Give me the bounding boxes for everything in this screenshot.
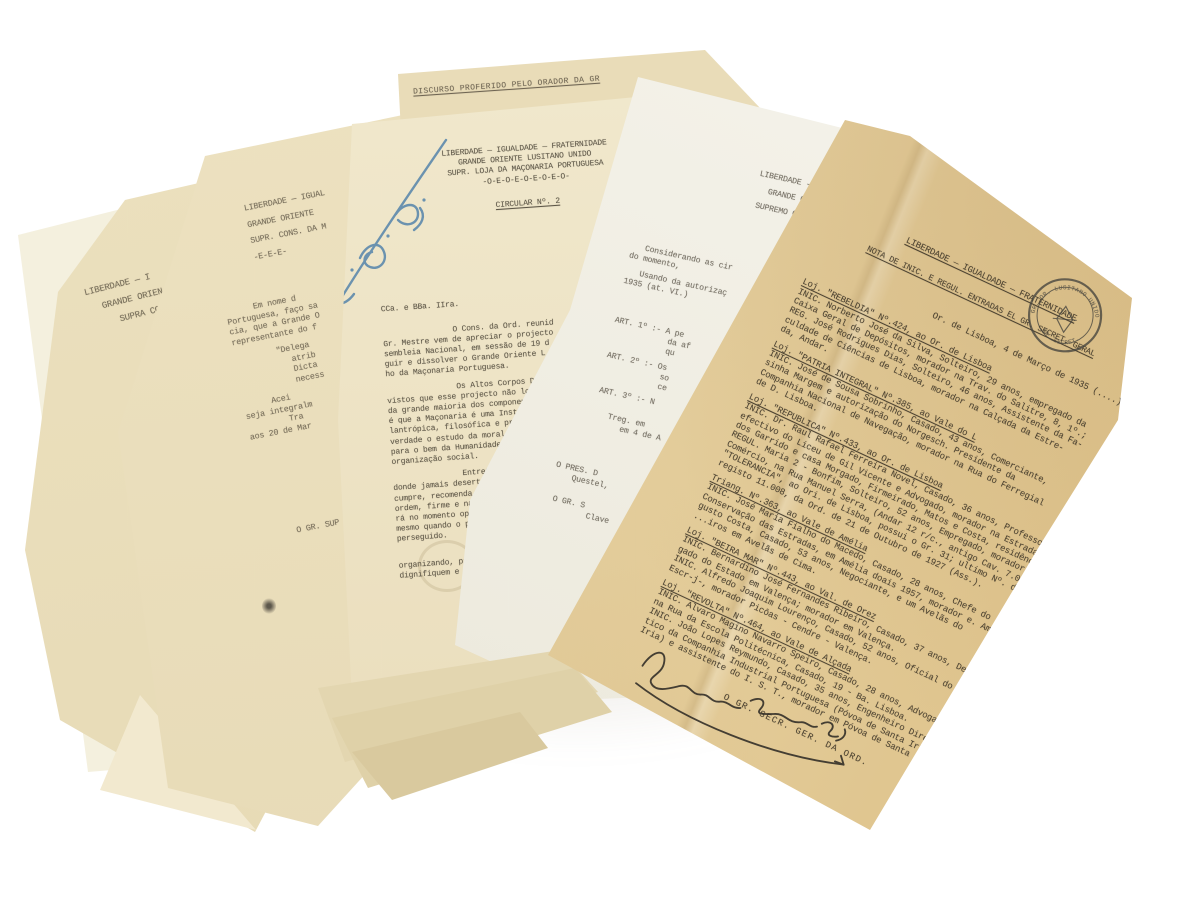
photo-canvas: LIBERDADE — IGRANDE ORIENSUPRA CONS. DCC… <box>0 0 1200 900</box>
ink-smudge <box>262 598 276 614</box>
svg-text:GR. OR. LUSITANO UNIDO: GR. OR. LUSITANO UNIDO <box>1029 281 1103 320</box>
stamp-ring-text-top: GR. OR. LUSITANO UNIDO <box>1029 281 1103 320</box>
round-seal-stamp: GR. OR. LUSITANO UNIDO GR. SECRET. <box>1023 273 1108 358</box>
